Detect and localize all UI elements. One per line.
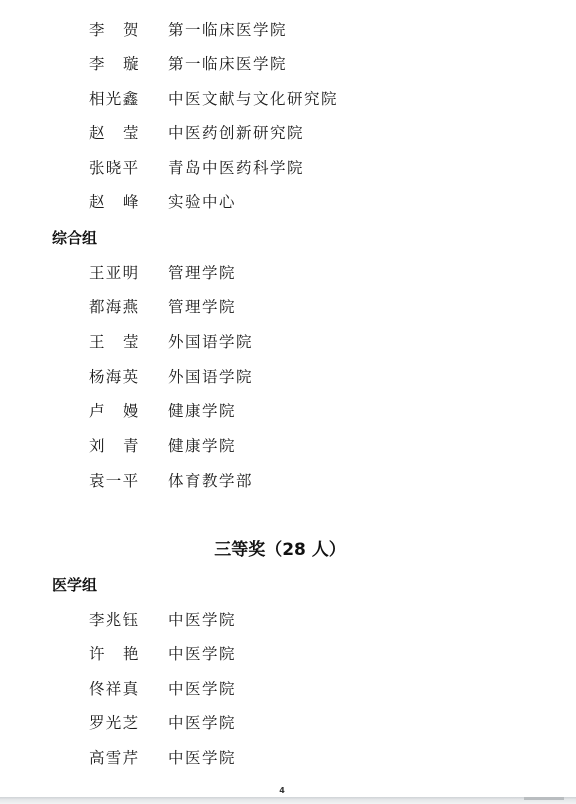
person-name: 李兆钰 — [89, 609, 145, 631]
department: 实验中心 — [168, 191, 236, 213]
person-name: 都海燕 — [89, 296, 145, 318]
person-name: 佟祥真 — [89, 678, 145, 700]
person-name: 相光鑫 — [89, 88, 145, 110]
person-name: 袁一平 — [89, 470, 145, 492]
person-name: 高雪芹 — [89, 747, 145, 769]
department: 管理学院 — [168, 262, 236, 284]
department: 外国语学院 — [168, 331, 253, 353]
department: 第一临床医学院 — [168, 19, 287, 41]
department: 第一临床医学院 — [168, 53, 287, 75]
department: 中医学院 — [168, 609, 236, 631]
department: 健康学院 — [168, 400, 236, 422]
department: 中医学院 — [168, 678, 236, 700]
department: 中医学院 — [168, 712, 236, 734]
document-page: 李贺 第一临床医学院 李璇 第一临床医学院 相光鑫 中医文献与文化研究院 赵莹 … — [0, 0, 576, 797]
person-name: 罗光芝 — [89, 712, 145, 734]
page-number: 4 — [276, 786, 288, 795]
department: 中医药创新研究院 — [168, 122, 304, 144]
group-heading: 综合组 — [52, 227, 97, 249]
award-title: 三等奖（28 人） — [0, 537, 560, 563]
department: 青岛中医药科学院 — [168, 157, 304, 179]
department: 健康学院 — [168, 435, 236, 457]
group-heading: 医学组 — [52, 574, 97, 596]
department: 外国语学院 — [168, 366, 253, 388]
department: 中医学院 — [168, 747, 236, 769]
department: 体育教学部 — [168, 470, 253, 492]
page-edge-divider — [0, 797, 576, 804]
department: 中医文献与文化研究院 — [168, 88, 338, 110]
scroll-shadow — [524, 797, 564, 800]
department: 中医学院 — [168, 643, 236, 665]
department: 管理学院 — [168, 296, 236, 318]
person-name: 王亚明 — [89, 262, 145, 284]
person-name: 张晓平 — [89, 157, 145, 179]
person-name: 杨海英 — [89, 366, 145, 388]
